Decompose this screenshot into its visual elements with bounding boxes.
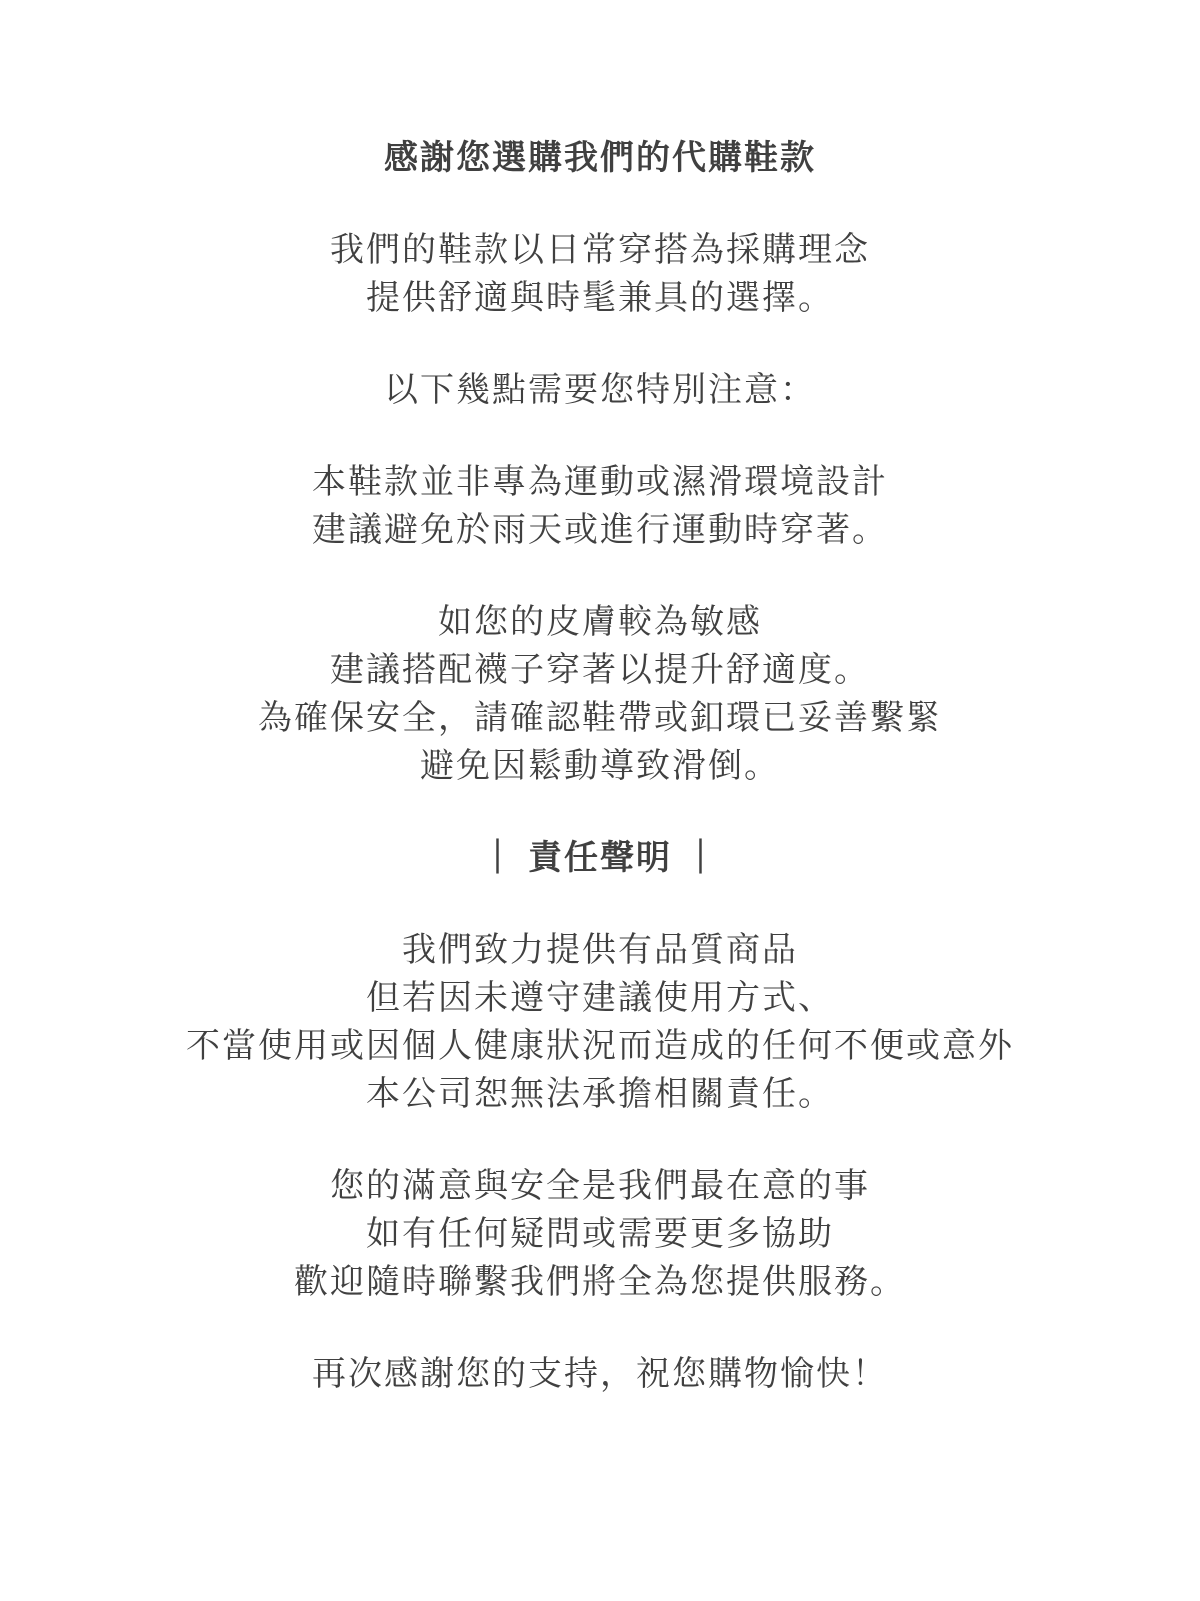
service-paragraph: 您的滿意與安全是我們最在意的事 如有任何疑問或需要更多協助 歡迎隨時聯繫我們將全…	[0, 1162, 1200, 1306]
intro-paragraph: 我們的鞋款以日常穿搭為採購理念 提供舒適與時髦兼具的選擇。	[0, 226, 1200, 322]
usage-notice-line-2: 建議避免於雨天或進行運動時穿著。	[0, 506, 1200, 554]
intro-line-2: 提供舒適與時髦兼具的選擇。	[0, 274, 1200, 322]
page-title: 感謝您選購我們的代購鞋款	[0, 134, 1200, 182]
disclaimer-line-4: 本公司恕無法承擔相關責任。	[0, 1070, 1200, 1118]
liability-section-header: ｜ 責任聲明 ｜	[0, 834, 1200, 882]
closing-paragraph: 再次感謝您的支持，祝您購物愉快！	[0, 1350, 1200, 1398]
service-line-2: 如有任何疑問或需要更多協助	[0, 1210, 1200, 1258]
comfort-notice-line-2: 建議搭配襪子穿著以提升舒適度。	[0, 646, 1200, 694]
intro-line-1: 我們的鞋款以日常穿搭為採購理念	[0, 226, 1200, 274]
disclaimer-paragraph: 我們致力提供有品質商品 但若因未遵守建議使用方式、 不當使用或因個人健康狀況而造…	[0, 926, 1200, 1118]
notice-content: 感謝您選購我們的代購鞋款 我們的鞋款以日常穿搭為採購理念 提供舒適與時髦兼具的選…	[0, 0, 1200, 1398]
service-line-1: 您的滿意與安全是我們最在意的事	[0, 1162, 1200, 1210]
usage-notice-line-1: 本鞋款並非專為運動或濕滑環境設計	[0, 458, 1200, 506]
notice-heading: 以下幾點需要您特別注意：	[0, 366, 1200, 414]
notice-page: 感謝您選購我們的代購鞋款 我們的鞋款以日常穿搭為採購理念 提供舒適與時髦兼具的選…	[0, 0, 1200, 1601]
comfort-notice-paragraph: 如您的皮膚較為敏感 建議搭配襪子穿著以提升舒適度。 為確保安全，請確認鞋帶或釦環…	[0, 598, 1200, 790]
disclaimer-line-1: 我們致力提供有品質商品	[0, 926, 1200, 974]
disclaimer-line-2: 但若因未遵守建議使用方式、	[0, 974, 1200, 1022]
notice-heading-line: 以下幾點需要您特別注意：	[0, 366, 1200, 414]
closing-line: 再次感謝您的支持，祝您購物愉快！	[0, 1350, 1200, 1398]
disclaimer-line-3: 不當使用或因個人健康狀況而造成的任何不便或意外	[0, 1022, 1200, 1070]
comfort-notice-line-1: 如您的皮膚較為敏感	[0, 598, 1200, 646]
comfort-notice-line-3: 為確保安全，請確認鞋帶或釦環已妥善繫緊	[0, 694, 1200, 742]
comfort-notice-line-4: 避免因鬆動導致滑倒。	[0, 742, 1200, 790]
usage-notice-paragraph: 本鞋款並非專為運動或濕滑環境設計 建議避免於雨天或進行運動時穿著。	[0, 458, 1200, 554]
service-line-3: 歡迎隨時聯繫我們將全為您提供服務。	[0, 1258, 1200, 1306]
